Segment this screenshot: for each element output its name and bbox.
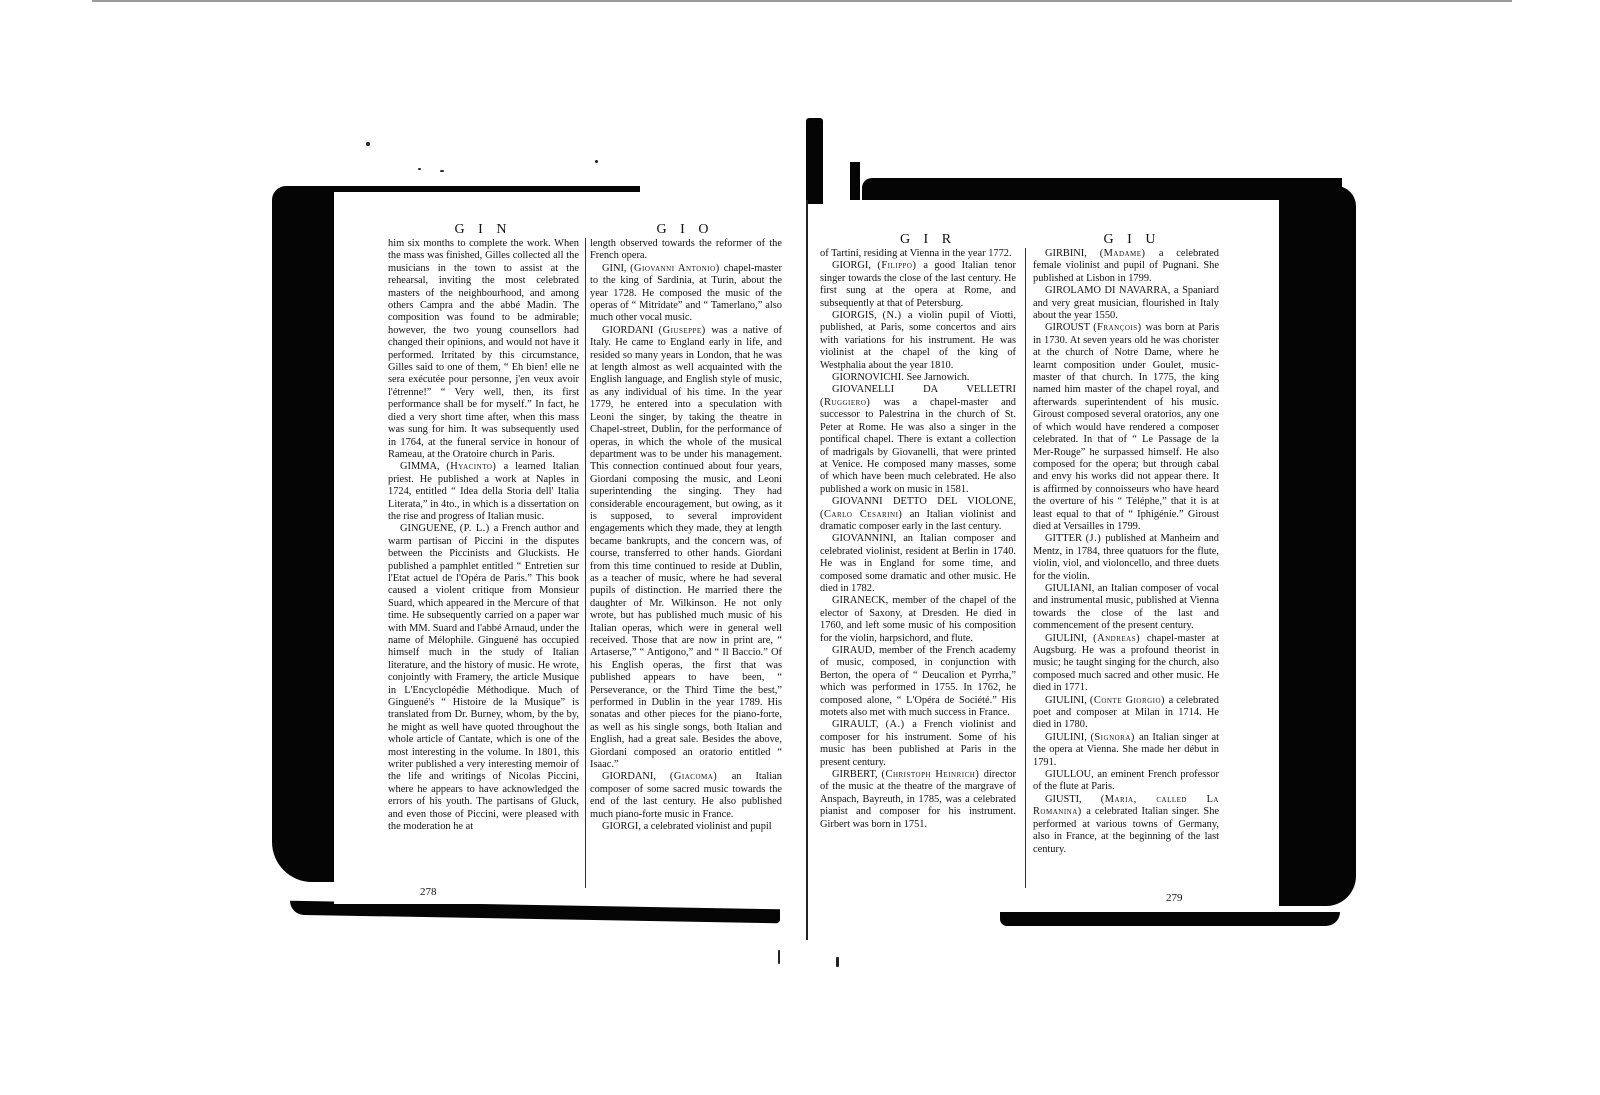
entry-forename: (N.) xyxy=(883,310,908,321)
dictionary-entry: GIMMA, (Hyacinto) a learned Italian prie… xyxy=(388,461,579,523)
entry-continuation: him six months to complete the work. Whe… xyxy=(388,238,579,461)
entry-forename: (A.) xyxy=(886,719,913,730)
text-column: him six months to complete the work. Whe… xyxy=(388,238,579,834)
entry-headword: GIORGIS, xyxy=(832,310,883,321)
entry-forename: (Christoph Heinrich) xyxy=(882,769,984,780)
entry-forename: (Madame) xyxy=(1100,248,1159,259)
dictionary-entry: GINI, (Giovanni Antonio) chapel-master t… xyxy=(590,263,782,325)
dictionary-entry: GIULIANI, an Italian composer of vocal a… xyxy=(1033,583,1219,633)
entry-headword: GIORGI, xyxy=(602,821,644,832)
entry-forename: (Ruggiero) xyxy=(820,397,884,408)
dictionary-entry: GITTER (J.) published at Manheim and Men… xyxy=(1033,533,1219,583)
entry-headword: GIROLAMO DI NAVARRA, xyxy=(1045,285,1174,296)
entry-forename: (Signora) xyxy=(1090,732,1139,743)
dictionary-entry: GIOVANELLI DA VELLETRI (Ruggiero) was a … xyxy=(820,384,1016,496)
dictionary-entry: GIRAULT, (A.) a French violinist and com… xyxy=(820,719,1016,769)
dictionary-entry: GIOVANNI DETTO DEL VIOLONE, (Carlo Cesar… xyxy=(820,496,1016,533)
scan-speck xyxy=(440,170,444,172)
dictionary-entry: GIROLAMO DI NAVARRA, a Spaniard and very… xyxy=(1033,285,1219,322)
entry-forename: (P. L.) xyxy=(460,523,494,534)
book-edge-right xyxy=(1276,186,1356,906)
entry-text: of Tartini, residing at Vienna in the ye… xyxy=(820,248,1012,259)
running-head: G I N xyxy=(433,222,533,238)
entry-headword: GIOVANNINI, xyxy=(832,533,903,544)
entry-text: See Jarnowich. xyxy=(906,372,969,383)
dictionary-entry: GIORDANI, (Giacoma) an Italian composer … xyxy=(590,771,782,821)
dictionary-entry: GIUSTI, (Maria, called La Romanina) a ce… xyxy=(1033,794,1219,856)
scan-top-rule xyxy=(92,0,1512,2)
page-number: 279 xyxy=(1166,892,1183,904)
book-edge-right-bottom xyxy=(1000,912,1340,926)
dictionary-entry: GIRAUD, member of the French academy of … xyxy=(820,645,1016,719)
dictionary-entry: GIROUST (François) was born at Paris in … xyxy=(1033,322,1219,533)
entry-text: was born at Paris in 1730. At seven year… xyxy=(1033,322,1219,532)
running-head: G I R xyxy=(878,232,978,248)
entry-headword: GIOVANNI DETTO DEL VIOLONE, xyxy=(832,496,1016,507)
entry-continuation: of Tartini, residing at Vienna in the ye… xyxy=(820,248,1016,260)
entry-text: was a chapel-master and successor to Pal… xyxy=(820,397,1016,495)
dictionary-entry: GIULINI, (Signora) an Italian singer at … xyxy=(1033,732,1219,769)
book-edge-left xyxy=(272,186,334,882)
entry-headword: GIRBINI, xyxy=(1045,248,1100,259)
entry-headword: GIULIANI, xyxy=(1045,583,1098,594)
entry-headword: GIULLOU, xyxy=(1045,769,1097,780)
entry-headword: GITTER xyxy=(1045,533,1086,544)
scan-speck xyxy=(418,168,421,170)
scan-speck xyxy=(595,160,598,163)
dictionary-entry: GIORGIS, (N.) a violin pupil of Viotti, … xyxy=(820,310,1016,372)
entry-text: a celebrated violinist and pupil xyxy=(644,821,772,832)
entry-headword: GIORDANI, xyxy=(602,771,670,782)
dictionary-entry: GIULINI, (Andreas) chapel-master at Augs… xyxy=(1033,633,1219,695)
entry-forename: (François) xyxy=(1093,322,1145,333)
book-gutter xyxy=(806,200,808,940)
scan-speck xyxy=(366,142,370,146)
entry-headword: GIRANECK, xyxy=(832,595,892,606)
entry-forename: (Giacoma) xyxy=(670,771,732,782)
book-edge-right-top xyxy=(862,178,1342,200)
entry-headword: GIULINI, xyxy=(1045,695,1090,706)
entry-forename: (Conte Giorgio) xyxy=(1090,695,1169,706)
entry-forename: (Hyacinto) xyxy=(446,461,503,472)
dictionary-entry: GIRBINI, (Madame) a celebrated female vi… xyxy=(1033,248,1219,285)
entry-headword: GIRAULT, xyxy=(832,719,886,730)
entry-headword: GIRBERT, xyxy=(832,769,882,780)
entry-forename: (Carlo Cesarini) xyxy=(820,509,910,520)
entry-text: length observed towards the reformer of … xyxy=(590,238,782,261)
entry-forename: (Giuseppe) xyxy=(659,325,712,336)
book-spine-top xyxy=(806,118,823,204)
entry-text: a French author and warm partisan of Pic… xyxy=(388,523,579,832)
text-column: of Tartini, residing at Vienna in the ye… xyxy=(820,248,1016,831)
text-column: GIRBINI, (Madame) a celebrated female vi… xyxy=(1033,248,1219,856)
entry-headword: GIORNOVICHI. xyxy=(832,372,906,383)
dictionary-entry: GIORGI, a celebrated violinist and pupil xyxy=(590,821,782,833)
dictionary-entry: GIORNOVICHI. See Jarnowich. xyxy=(820,372,1016,384)
dictionary-entry: GIORDANI (Giuseppe) was a native of Ital… xyxy=(590,325,782,772)
running-head: G I U xyxy=(1082,232,1182,248)
entry-headword: GIRAUD, xyxy=(832,645,879,656)
dictionary-entry: GIOVANNINI, an Italian composer and cele… xyxy=(820,533,1016,595)
entry-headword: GIULINI, xyxy=(1045,732,1090,743)
dictionary-entry: GIORGI, (Filippo) a good Italian tenor s… xyxy=(820,260,1016,310)
column-rule xyxy=(585,238,586,888)
entry-text: was a native of Italy. He came to Englan… xyxy=(590,325,782,770)
entry-forename: (Filippo) xyxy=(877,260,923,271)
dictionary-entry: GIRBERT, (Christoph Heinrich) director o… xyxy=(820,769,1016,831)
entry-forename: (J.) xyxy=(1086,533,1106,544)
entry-headword: GINGUENE, xyxy=(400,523,460,534)
entry-forename: (Giovanni Antonio) xyxy=(630,263,724,274)
entry-headword: GIORGI, xyxy=(832,260,877,271)
dictionary-entry: GIULLOU, an eminent French professor of … xyxy=(1033,769,1219,794)
running-head: G I O xyxy=(635,222,735,238)
dictionary-entry: GIULINI, (Conte Giorgio) a celebrated po… xyxy=(1033,695,1219,732)
entry-headword: GIROUST xyxy=(1045,322,1093,333)
book-edge-left-bottom xyxy=(290,901,780,924)
dictionary-entry: GINGUENE, (P. L.) a French author and wa… xyxy=(388,523,579,833)
column-rule xyxy=(1025,248,1026,888)
entry-continuation: length observed towards the reformer of … xyxy=(590,238,782,263)
entry-headword: GIMMA, xyxy=(400,461,446,472)
scan-speck xyxy=(836,957,839,967)
entry-forename: (Andreas) xyxy=(1093,633,1147,644)
book-spine-tab xyxy=(850,162,860,200)
page-number: 278 xyxy=(420,886,437,898)
entry-headword: GIOVANELLI DA VELLETRI xyxy=(832,384,1016,395)
entry-headword: GINI, xyxy=(602,263,630,274)
entry-headword: GIORDANI xyxy=(602,325,659,336)
entry-text: him six months to complete the work. Whe… xyxy=(388,238,579,460)
scan-speck xyxy=(778,950,780,964)
entry-headword: GIULINI, xyxy=(1045,633,1093,644)
entry-headword: GIUSTI, xyxy=(1045,794,1101,805)
dictionary-entry: GIRANECK, member of the chapel of the el… xyxy=(820,595,1016,645)
text-column: length observed towards the reformer of … xyxy=(590,238,782,834)
